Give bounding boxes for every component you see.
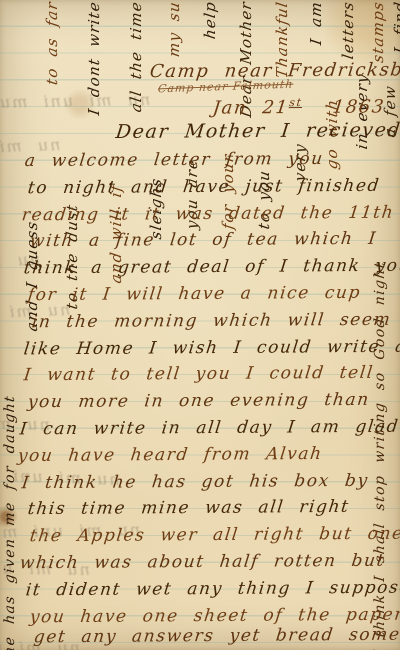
letter-line: a welcome letter from you <box>24 149 325 171</box>
letter-line: I can write in all day I am glad <box>19 417 400 440</box>
letter-line: I think he has got his box by <box>21 470 370 492</box>
date-year: 1863 <box>331 96 386 117</box>
letter-line: the Apples wer all right but one <box>29 524 400 547</box>
letter-line: this time mine was all right <box>27 497 351 519</box>
edge-line-left: he has given me for daught <box>2 55 18 650</box>
salutation: Dear Mother I recieved <box>115 119 400 143</box>
date-line: Jan 21st 1863 <box>212 95 387 118</box>
letter-line: it dident wet any thing I suppose <box>25 577 400 600</box>
letter-line: which was about half rotten but <box>19 551 387 574</box>
letter-line: in the morning which will seem <box>31 310 393 333</box>
date-day: Jan 21 <box>212 97 290 119</box>
letter-line: for it I will have a nice cup <box>27 283 363 305</box>
letter-photo: nu mi uni mu un imu ni mui un imnu mi un… <box>0 0 400 650</box>
letter-line: with a fine lot of tea which I <box>29 229 378 251</box>
date-suffix: st <box>289 96 304 109</box>
letter-line: to night and have just finished <box>27 176 382 198</box>
letter-line: get any answers yet bread some <box>33 625 400 648</box>
letter-line: I want to tell you I could tell <box>23 363 375 385</box>
letter-line: you more in one evening than <box>27 390 371 412</box>
letter-line: like Home I wish I could write all <box>23 336 400 359</box>
letter-line: think a great deal of I thank you <box>23 256 400 279</box>
letter-line: you have one sheet of the paper <box>29 604 400 627</box>
letter-line: reading it it was dated the 11th <box>21 202 396 225</box>
letter-line: you have heard from Alvah <box>17 444 324 466</box>
